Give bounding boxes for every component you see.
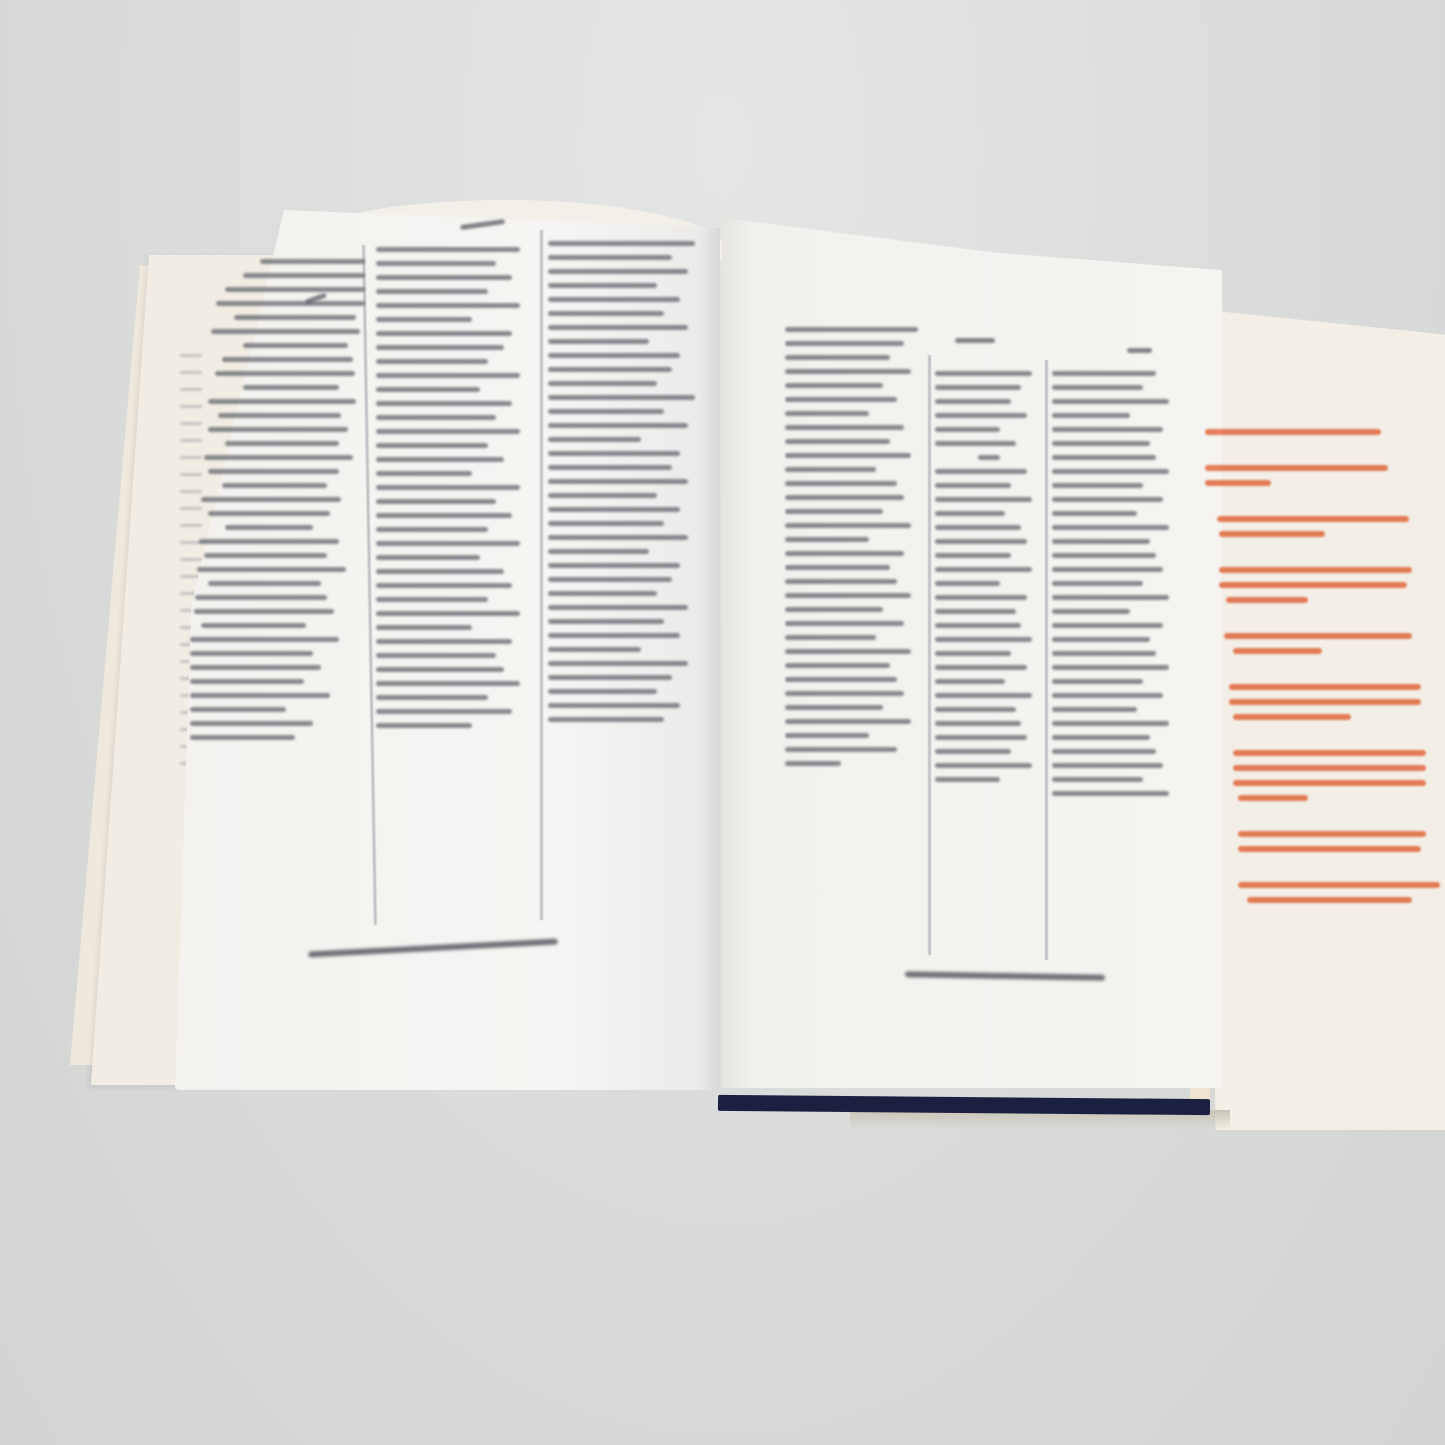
flyer-entry [1205,516,1440,537]
flyer-entry [1205,882,1440,903]
right-page-number [1127,348,1152,353]
flyer-entry [1205,567,1440,603]
left-column-1-text [190,250,365,749]
flyer-entry [1205,684,1440,720]
right-column-rule-1 [928,355,931,955]
left-column-3-text [548,232,703,731]
right-running-head [955,338,995,343]
right-column-rule-2 [1045,360,1048,960]
flyer-heading [1205,429,1440,435]
flyer-entry [1205,750,1440,801]
right-column-2-text [935,362,1043,791]
flyer-entry [1205,633,1440,654]
flyer-entry [1205,831,1440,852]
right-column-3-text [1052,362,1182,805]
left-column-2-text [376,238,536,737]
right-column-1-text [785,318,925,775]
book-spine [718,1095,1210,1115]
left-column-rule-2 [540,230,543,920]
flyer-entry [1205,465,1440,486]
flyer-text-list [1205,420,1440,933]
open-book-scene [0,0,1445,1445]
